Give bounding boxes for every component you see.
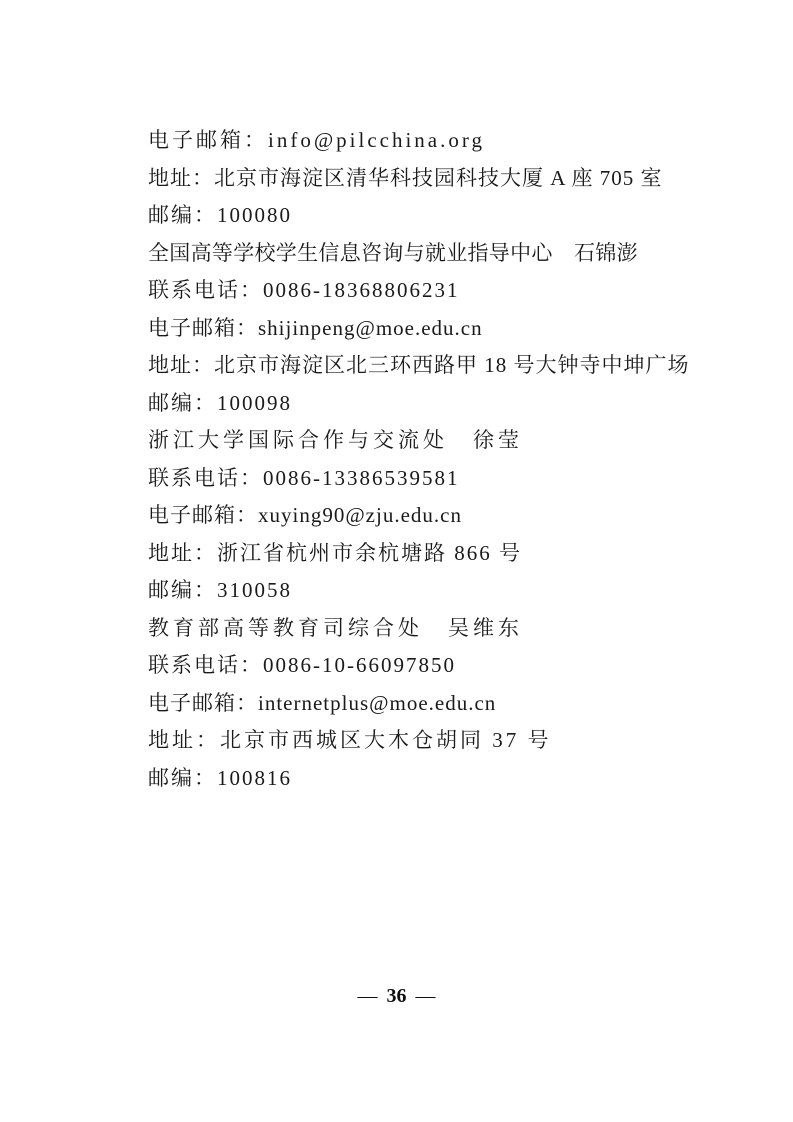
document-line: 全国高等学校学生信息咨询与就业指导中心 石锦澎 [148, 235, 673, 273]
document-line: 邮编：100098 [148, 385, 673, 423]
footer-dash-left: — [358, 985, 378, 1007]
document-page: 电子邮箱：info@pilcchina.org 地址：北京市海淀区清华科技园科技… [0, 0, 793, 1122]
document-line: 电子邮箱：xuying90@zju.edu.cn [148, 497, 673, 535]
document-line: 邮编：100816 [148, 760, 673, 798]
document-line: 电子邮箱：info@pilcchina.org [148, 122, 673, 160]
page-footer: —36— [0, 983, 793, 1009]
document-line: 邮编：100080 [148, 197, 673, 235]
document-line: 联系电话：0086-18368806231 [148, 272, 673, 310]
document-line: 联系电话：0086-13386539581 [148, 460, 673, 498]
document-line: 地址：浙江省杭州市余杭塘路 866 号 [148, 535, 673, 573]
document-line: 地址：北京市海淀区清华科技园科技大厦 A 座 705 室 [148, 160, 673, 198]
document-line: 电子邮箱：internetplus@moe.edu.cn [148, 685, 673, 723]
page-number: 36 [387, 985, 407, 1007]
document-line: 浙江大学国际合作与交流处 徐莹 [148, 422, 673, 460]
document-line: 联系电话：0086-10-66097850 [148, 647, 673, 685]
document-line: 邮编：310058 [148, 572, 673, 610]
document-line: 地址：北京市西城区大木仓胡同 37 号 [148, 722, 673, 760]
contact-list: 电子邮箱：info@pilcchina.org 地址：北京市海淀区清华科技园科技… [148, 122, 673, 797]
footer-dash-right: — [416, 985, 436, 1007]
document-line: 电子邮箱：shijinpeng@moe.edu.cn [148, 310, 673, 348]
document-line: 地址：北京市海淀区北三环西路甲 18 号大钟寺中坤广场 [148, 347, 673, 385]
document-line: 教育部高等教育司综合处 吴维东 [148, 610, 673, 648]
